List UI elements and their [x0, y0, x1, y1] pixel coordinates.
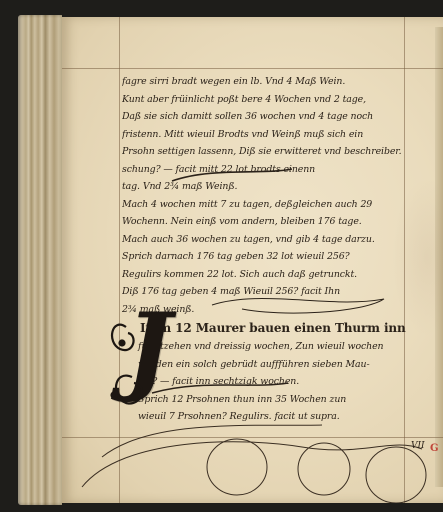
book: fagre sirri bradt wegen ein lb. Vnd 4 Ma…	[18, 15, 443, 505]
catchword: VII	[411, 441, 425, 451]
manuscript-page: fagre sirri bradt wegen ein lb. Vnd 4 Ma…	[62, 17, 443, 503]
folio-mark: G	[430, 443, 439, 454]
page-edges-stack	[18, 15, 62, 505]
